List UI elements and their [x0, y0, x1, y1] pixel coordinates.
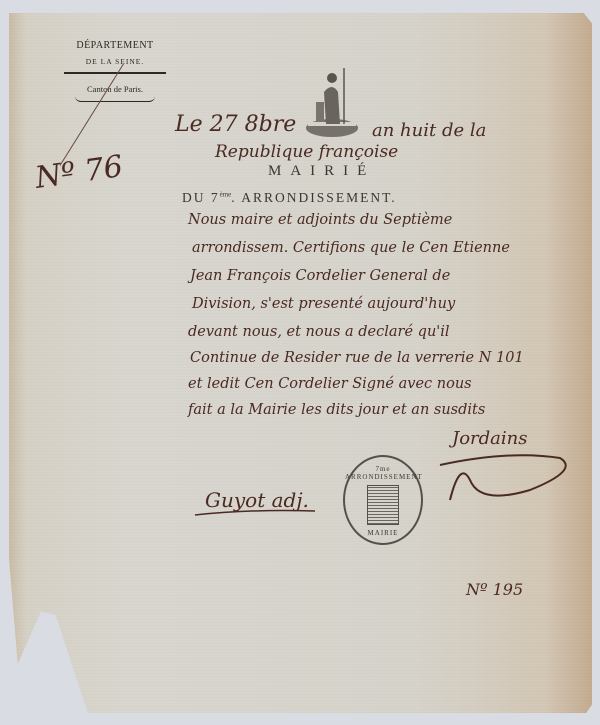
- date-year-text: an huit de la: [372, 120, 486, 141]
- seal-bottom-text: MAIRIE: [345, 529, 421, 537]
- body-line: fait a la Mairie les dits jour et an sus…: [188, 402, 485, 418]
- mairie-seal: 7me ARRONDISSEMENT MAIRIE: [343, 455, 423, 545]
- seal-figure-icon: [367, 485, 399, 525]
- date-day: Le 27 8bre: [175, 112, 296, 137]
- body-line: et ledit Cen Cordelier Signé avec nous: [188, 376, 472, 392]
- liberty-figure-icon: [302, 62, 362, 142]
- canton-label: Canton de Paris.: [60, 84, 170, 94]
- signature-flourish-icon: [430, 440, 580, 510]
- body-line: Division, s'est presenté aujourd'huy: [192, 296, 455, 312]
- body-line: devant nous, et nous a declaré qu'il: [188, 324, 450, 340]
- footer-note: Nº 195: [466, 580, 523, 599]
- header-rule: [64, 72, 166, 74]
- body-line: Continue de Resider rue de la verrerie N…: [190, 350, 524, 366]
- body-line: arrondissem. Certifions que le Cen Etien…: [192, 240, 510, 256]
- republic-text: Republique françoise: [215, 142, 398, 162]
- body-line: Jean François Cordelier General de: [190, 268, 450, 284]
- signature-underline-icon: [190, 505, 320, 525]
- department-header: DÉPARTEMENT DE LA SEINE. Canton de Paris…: [60, 40, 170, 102]
- seal-top-text: 7me ARRONDISSEMENT: [345, 465, 421, 481]
- department-sub-label: DE LA SEINE.: [60, 57, 170, 66]
- body-line: Nous maire et adjoints du Septième: [188, 212, 452, 228]
- brace-ornament: [75, 96, 155, 102]
- department-label: DÉPARTEMENT: [60, 40, 170, 51]
- mairie-title: MAIRIÉ: [268, 163, 375, 180]
- arrondissement-title: DU 7ème. ARRONDISSEMENT.: [182, 190, 397, 206]
